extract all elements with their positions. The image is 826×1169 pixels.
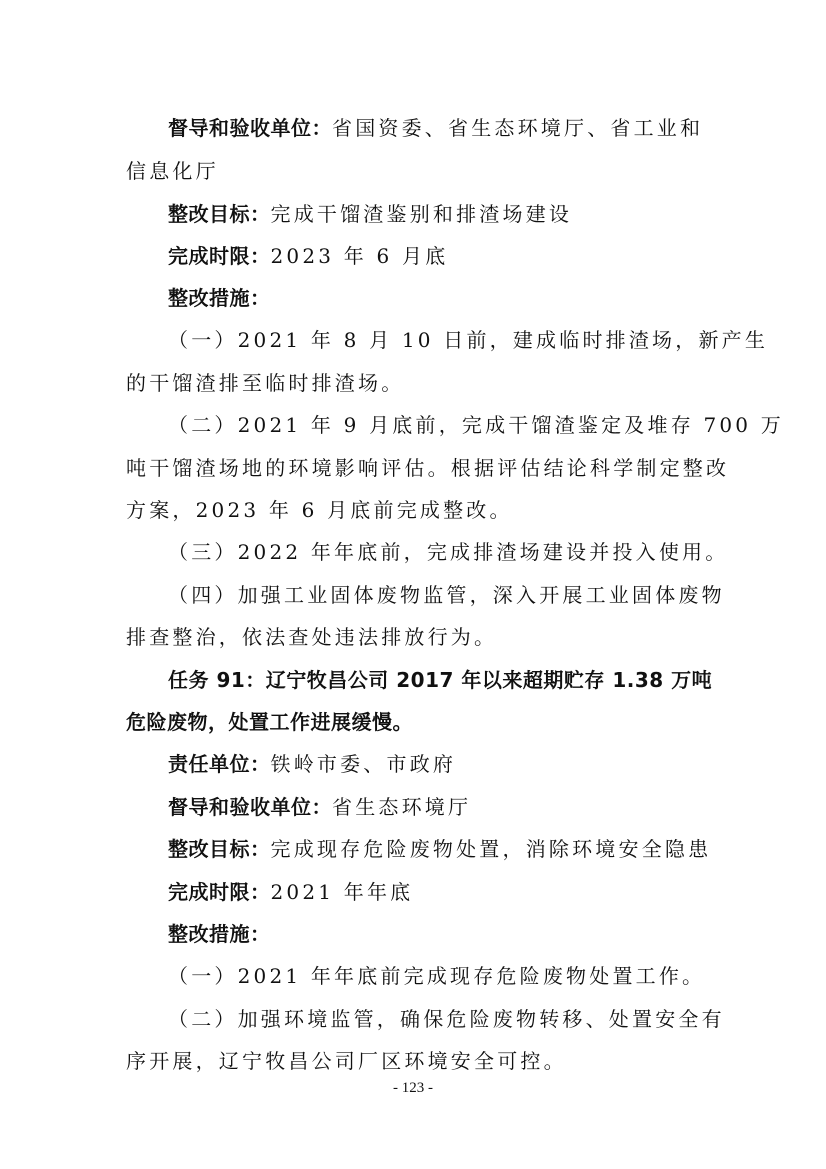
measures-heading: 整改措施： <box>168 922 271 946</box>
measure-item-cont: 吨干馏渣场地的环境影响评估。根据评估结论科学制定整改 <box>126 456 729 480</box>
task-title-cont: 危险废物，处置工作进展缓慢。 <box>126 710 413 734</box>
supervise-line: 督导和验收单位：省生态环境厅 <box>168 795 471 819</box>
document-page: 督导和验收单位：省国资委、省生态环境厅、省工业和 信息化厅 整改目标：完成干馏渣… <box>0 0 826 1169</box>
measure-item: （二）加强环境监管，确保危险废物转移、处置安全有 <box>168 1007 725 1031</box>
responsible-line: 责任单位：铁岭市委、市政府 <box>168 752 456 776</box>
measure-item-cont: 序开展，辽宁牧昌公司厂区环境安全可控。 <box>126 1049 567 1073</box>
measure-item: （一）2021 年年底前完成现存危险废物处置工作。 <box>168 964 705 988</box>
measure-item: （三）2022 年年底前，完成排渣场建设并投入使用。 <box>168 540 728 564</box>
measure-item-cont: 排查整治，依法查处违法排放行为。 <box>126 625 497 649</box>
deadline-line: 完成时限：2023 年 6 月底 <box>168 244 448 268</box>
measure-item: （四）加强工业固体废物监管，深入开展工业固体废物 <box>168 583 725 607</box>
measure-item: （一）2021 年 8 月 10 日前，建成临时排渣场，新产生 <box>168 328 768 352</box>
supervise-line-cont: 信息化厅 <box>126 159 219 183</box>
measures-heading: 整改措施： <box>168 286 271 310</box>
deadline-line: 完成时限：2021 年年底 <box>168 880 413 904</box>
goal-line: 整改目标：完成现存危险废物处置，消除环境安全隐患 <box>168 837 711 861</box>
task-title: 任务 91：辽宁牧昌公司 2017 年以来超期贮存 1.38 万吨 <box>168 668 712 692</box>
page-number: - 123 - <box>0 1080 826 1097</box>
measure-item: （二）2021 年 9 月底前，完成干馏渣鉴定及堆存 700 万 <box>168 413 784 437</box>
goal-line: 整改目标：完成干馏渣鉴别和排渣场建设 <box>168 202 572 226</box>
supervise-line: 督导和验收单位：省国资委、省生态环境厅、省工业和 <box>168 116 703 140</box>
measure-item-cont: 的干馏渣排至临时排渣场。 <box>126 371 404 395</box>
measure-item-cont: 方案，2023 年 6 月底前完成整改。 <box>126 498 513 522</box>
